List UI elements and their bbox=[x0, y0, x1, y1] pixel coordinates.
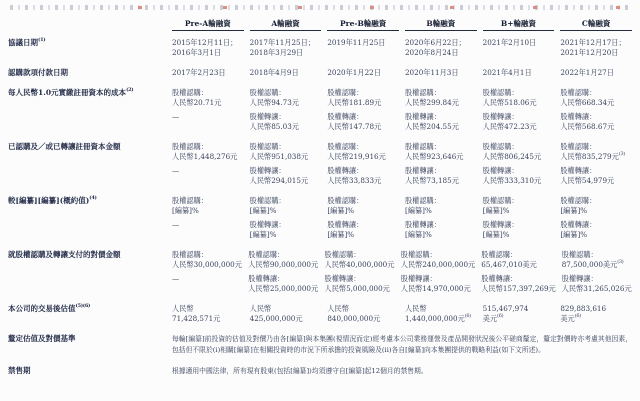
cell-line: 股權轉讓： bbox=[248, 274, 318, 284]
cell-line: 股權認購： bbox=[248, 250, 318, 260]
cell-line: 股權認購： bbox=[483, 196, 555, 206]
table-cell-b: 股權認購：人民幣299.84元股權轉讓：人民幣204.55元 bbox=[405, 88, 477, 132]
cell-line: 人民幣568.67元 bbox=[560, 122, 632, 132]
table-cell-b-plus: 2021年4月1日 bbox=[483, 68, 555, 78]
table-cell-pre-a: 人民幣71,428,571元 bbox=[172, 304, 244, 324]
table-row-payment-date: 認購款項付款日期2017年2月23日2018年4月9日2020年1月22日202… bbox=[8, 68, 632, 78]
table-cell-pre-b: 2019年11月25日 bbox=[327, 38, 399, 48]
cell-line: 股權轉讓： bbox=[327, 166, 399, 176]
cell-line: 2021年2月10日 bbox=[483, 38, 555, 48]
cell-line: 人民幣472.23元 bbox=[483, 122, 555, 132]
cell-line: 2018年4月9日 bbox=[250, 68, 322, 78]
cell-line: 股權轉讓： bbox=[327, 112, 399, 122]
table-cell-pre-b: 人民幣840,000,000元 bbox=[327, 304, 399, 324]
row-label-post-money-valuation: 本公司的交易後估值(5)(6) bbox=[8, 304, 166, 314]
cell-line: 股權轉讓： bbox=[250, 220, 322, 230]
table-cell-a: 股權認購：人民幣94.73元股權轉讓：人民幣85.03元 bbox=[250, 88, 322, 132]
row-paragraph-lockup-period: 根據適用中國法律，所有現有股東(包括[編纂])均須遵守自[編纂]起12個月的禁售… bbox=[172, 366, 632, 377]
table-cell-c: 股權認購：人民幣835,279元(3)股權轉讓：人民幣54,979元 bbox=[560, 142, 632, 186]
table-cell-b: 2020年6月22日；2020年8月24日 bbox=[405, 38, 477, 58]
cell-line: 2022年1月27日 bbox=[560, 68, 632, 78]
table-cell-b: 人民幣1,440,000,000元(6) bbox=[405, 304, 477, 324]
cropped-text-strip bbox=[10, 5, 628, 10]
cell-line: 人民幣806,245元 bbox=[483, 152, 555, 162]
row-paragraph-valuation-basis: 每輪[編纂]前投資的估值及對價乃由各[編纂]與本集團(視情況而定)經考慮本公司業… bbox=[172, 334, 632, 356]
cell-line: 840,000,000元 bbox=[327, 314, 399, 324]
column-header-pre-b: Pre-B輪融資 bbox=[327, 19, 399, 31]
cell-line: 2020年6月22日； bbox=[405, 38, 477, 48]
cell-line: 股權轉讓： bbox=[481, 274, 555, 284]
row-label-payment-date: 認購款項付款日期 bbox=[8, 68, 166, 78]
table-cell-a: 股權認購：[編纂]%股權轉讓：[編纂]% bbox=[250, 196, 322, 240]
table-cell-pre-a: 股權認購：[編纂]%— bbox=[172, 196, 244, 230]
cell-line: 股權認購： bbox=[250, 142, 322, 152]
cell-line: 人民幣951,038元 bbox=[250, 152, 322, 162]
table-cell-a: 2017年11月25日；2018年3月29日 bbox=[250, 38, 322, 58]
table-row-post-money-valuation: 本公司的交易後估值(5)(6)人民幣71,428,571元人民幣425,000,… bbox=[8, 304, 632, 324]
cell-line: [編纂]% bbox=[560, 206, 632, 216]
cell-line: 人民幣147.78元 bbox=[327, 122, 399, 132]
cell-line: — bbox=[172, 166, 244, 176]
cell-line: 425,000,000元 bbox=[250, 314, 322, 324]
cell-line: 股權認購： bbox=[327, 88, 399, 98]
cell-line: 人民幣240,000,000元 bbox=[401, 260, 475, 270]
table-cell-b: 股權認購：人民幣240,000,000元股權轉讓：人民幣14,970,000元 bbox=[401, 250, 475, 294]
cell-line: 股權認購： bbox=[560, 88, 632, 98]
cell-line: 股權轉讓： bbox=[325, 274, 395, 284]
table-cell-pre-b: 股權認購：人民幣181.89元股權轉讓：人民幣147.78元 bbox=[327, 88, 399, 132]
cell-line: 829,883,616 bbox=[560, 304, 632, 314]
cell-line: 股權轉讓： bbox=[483, 166, 555, 176]
table-cell-b-plus: 股權認購：[編纂]%股權轉讓：[編纂]% bbox=[483, 196, 555, 240]
cell-line: 股權轉讓： bbox=[405, 112, 477, 122]
cell-line: 人民幣668.34元 bbox=[560, 98, 632, 108]
cell-line: 股權認購： bbox=[483, 88, 555, 98]
cell-line: [編纂]% bbox=[560, 230, 632, 240]
cell-line: [編纂]% bbox=[405, 230, 477, 240]
cell-line: 人民幣299.84元 bbox=[405, 98, 477, 108]
cell-line: 股權認購： bbox=[172, 142, 244, 152]
cell-line: [編纂]% bbox=[172, 206, 244, 216]
row-label-redacted-discount: 較[編纂][編纂](概約值)(4) bbox=[8, 196, 166, 206]
cell-line: 股權認購： bbox=[405, 196, 477, 206]
table-row-redacted-discount: 較[編纂][編纂](概約值)(4)股權認購：[編纂]%—股權認購：[編纂]%股權… bbox=[8, 196, 632, 240]
row-label-valuation-basis: 釐定估值及對價基準 bbox=[8, 334, 166, 344]
cell-line: 人民幣20.71元 bbox=[172, 98, 244, 108]
cell-line: 人民幣33,833元 bbox=[327, 176, 399, 186]
cell-line: — bbox=[172, 112, 244, 122]
cell-line: 股權轉讓： bbox=[560, 112, 632, 122]
cell-line: [編纂]% bbox=[405, 206, 477, 216]
row-label-consideration: 就股權認購及轉讓支付的對價金額 bbox=[8, 250, 166, 260]
cell-line: 股權認購： bbox=[327, 196, 399, 206]
cell-line: 股權認購： bbox=[483, 142, 555, 152]
cell-line: 股權轉讓： bbox=[483, 112, 555, 122]
table-cell-pre-a: 2015年12月11日；2016年3月1日 bbox=[172, 38, 244, 58]
table-cell-pre-a: 股權認購：人民幣1,448,276元— bbox=[172, 142, 244, 176]
row-label-cost-per-capital: 每人民幣1.0元實繳註冊資本的成本(2) bbox=[8, 88, 166, 98]
cell-line: 股權轉讓： bbox=[327, 220, 399, 230]
cell-line: 65,467,010美元 bbox=[481, 260, 555, 270]
prospectus-page: Pre-A輪融資A輪融資Pre-B輪融資B輪融資B+輪融資C輪融資協議日期(1)… bbox=[0, 0, 640, 377]
table-cell-c: 股權認購：[編纂]%股權轉讓：[編纂]% bbox=[560, 196, 632, 240]
cell-line: 股權認購： bbox=[560, 196, 632, 206]
cell-line: — bbox=[172, 220, 244, 230]
table-row-cost-per-capital: 每人民幣1.0元實繳註冊資本的成本(2)股權認購：人民幣20.71元—股權認購：… bbox=[8, 88, 632, 132]
cell-line: 股權轉讓： bbox=[401, 274, 475, 284]
cell-line: [編纂]% bbox=[483, 230, 555, 240]
table-row-subscribed-capital: 已認購及／或已轉讓註冊資本金額股權認購：人民幣1,448,276元—股權認購：人… bbox=[8, 142, 632, 186]
table-cell-pre-b: 2020年1月22日 bbox=[327, 68, 399, 78]
table-cell-pre-b: 股權認購：[編纂]%股權轉讓：[編纂]% bbox=[327, 196, 399, 240]
cell-line: 2017年2月23日 bbox=[172, 68, 244, 78]
cell-line: 人民幣181.89元 bbox=[327, 98, 399, 108]
table-cell-pre-a: 2017年2月23日 bbox=[172, 68, 244, 78]
column-header-c: C輪融資 bbox=[560, 19, 632, 31]
cell-line: 股權認購： bbox=[250, 196, 322, 206]
table-row-agreement-date: 協議日期(1)2015年12月11日；2016年3月1日2017年11月25日；… bbox=[8, 38, 632, 58]
cell-line: 人民幣157,397,269元 bbox=[481, 284, 555, 294]
cell-line: 股權認購： bbox=[405, 142, 477, 152]
table-row-valuation-basis: 釐定估值及對價基準每輪[編纂]前投資的估值及對價乃由各[編纂]與本集團(視情況而… bbox=[8, 334, 632, 356]
cell-line: 股權認購： bbox=[172, 250, 242, 260]
cell-line: 人民幣85.03元 bbox=[250, 122, 322, 132]
cell-line: 2015年12月11日； bbox=[172, 38, 244, 48]
table-cell-pre-a: 股權認購：人民幣30,000,000元— bbox=[172, 250, 242, 284]
cell-line: 美元(6) bbox=[483, 314, 555, 324]
row-label-agreement-date: 協議日期(1) bbox=[8, 38, 166, 48]
table-row-consideration: 就股權認購及轉讓支付的對價金額股權認購：人民幣30,000,000元—股權認購：… bbox=[8, 250, 632, 294]
funding-table: Pre-A輪融資A輪融資Pre-B輪融資B輪融資B+輪融資C輪融資協議日期(1)… bbox=[8, 19, 632, 377]
table-cell-a: 人民幣425,000,000元 bbox=[250, 304, 322, 324]
table-cell-b: 股權認購：人民幣923,646元股權轉讓：人民幣73,185元 bbox=[405, 142, 477, 186]
cell-line: 2017年11月25日； bbox=[250, 38, 322, 48]
table-row-lockup-period: 禁售期根據適用中國法律，所有現有股東(包括[編纂])均須遵守自[編纂]起12個月… bbox=[8, 366, 632, 377]
cell-line: 人民幣25,000,000元 bbox=[248, 284, 318, 294]
cell-line: 2021年4月1日 bbox=[483, 68, 555, 78]
cell-line: 股權轉讓： bbox=[483, 220, 555, 230]
cell-line: 人民幣90,000,000元 bbox=[248, 260, 318, 270]
cell-line: 人民幣 bbox=[172, 304, 244, 314]
cell-line: 股權認購： bbox=[172, 196, 244, 206]
table-cell-b-plus: 515,467,974美元(6) bbox=[483, 304, 555, 324]
row-label-lockup-period: 禁售期 bbox=[8, 366, 166, 376]
table-cell-c: 829,883,616美元(6) bbox=[560, 304, 632, 324]
cell-line: [編纂]% bbox=[250, 206, 322, 216]
cell-line: 人民幣31,265,026元 bbox=[562, 284, 632, 294]
cell-line: 股權轉讓： bbox=[560, 166, 632, 176]
cell-line: 人民幣294,015元 bbox=[250, 176, 322, 186]
cell-line: 人民幣73,185元 bbox=[405, 176, 477, 186]
cell-line: 股權認購： bbox=[405, 88, 477, 98]
cell-line: 人民幣30,000,000元 bbox=[172, 260, 242, 270]
cell-line: 515,467,974 bbox=[483, 304, 555, 314]
cell-line: 人民幣94.73元 bbox=[250, 98, 322, 108]
column-header-b: B輪融資 bbox=[405, 19, 477, 31]
cell-line: [編纂]% bbox=[327, 230, 399, 240]
cell-line: [編纂]% bbox=[483, 206, 555, 216]
cell-line: 人民幣835,279元(3) bbox=[560, 152, 632, 162]
cell-line: 人民幣204.55元 bbox=[405, 122, 477, 132]
cell-line: 71,428,571元 bbox=[172, 314, 244, 324]
cell-line: 人民幣5,000,000元 bbox=[325, 284, 395, 294]
table-cell-a: 股權認購：人民幣90,000,000元股權轉讓：人民幣25,000,000元 bbox=[248, 250, 318, 294]
cell-line: 人民幣518.06元 bbox=[483, 98, 555, 108]
column-header-pre-a: Pre-A輪融資 bbox=[172, 19, 244, 31]
table-cell-b: 2020年11月3日 bbox=[405, 68, 477, 78]
cell-line: 股權認購： bbox=[250, 88, 322, 98]
table-cell-a: 股權認購：人民幣951,038元股權轉讓：人民幣294,015元 bbox=[250, 142, 322, 186]
cell-line: — bbox=[172, 274, 242, 284]
cell-line: 股權轉讓： bbox=[405, 166, 477, 176]
column-header-b-plus: B+輪融資 bbox=[483, 19, 555, 31]
table-cell-c: 2021年12月17日；2021年12月20日 bbox=[560, 38, 632, 58]
table-cell-c: 股權認購：人民幣668.34元股權轉讓：人民幣568.67元 bbox=[560, 88, 632, 132]
cell-line: 股權認購： bbox=[481, 250, 555, 260]
cell-line: 股權轉讓： bbox=[250, 112, 322, 122]
cell-line: 人民幣219,916元 bbox=[327, 152, 399, 162]
cell-line: 2021年12月17日； bbox=[560, 38, 632, 48]
cell-line: 人民幣923,646元 bbox=[405, 152, 477, 162]
cell-line: 股權轉讓： bbox=[562, 274, 632, 284]
row-label-subscribed-capital: 已認購及／或已轉讓註冊資本金額 bbox=[8, 142, 166, 152]
table-cell-b-plus: 股權認購：人民幣518.06元股權轉讓：人民幣472.23元 bbox=[483, 88, 555, 132]
cell-line: 1,440,000,000元(6) bbox=[405, 314, 477, 324]
cell-line: 2020年11月3日 bbox=[405, 68, 477, 78]
cell-line: 人民幣1,448,276元 bbox=[172, 152, 244, 162]
cell-line: 股權認購： bbox=[401, 250, 475, 260]
table-cell-pre-a: 股權認購：人民幣20.71元— bbox=[172, 88, 244, 122]
cell-line: 人民幣 bbox=[327, 304, 399, 314]
cell-line: 人民幣333,310元 bbox=[483, 176, 555, 186]
cell-line: 人民幣54,979元 bbox=[560, 176, 632, 186]
cell-line: 2016年3月1日 bbox=[172, 48, 244, 58]
cell-line: 股權轉讓： bbox=[405, 220, 477, 230]
table-cell-b-plus: 股權認購：人民幣806,245元股權轉讓：人民幣333,310元 bbox=[483, 142, 555, 186]
cell-line: 人民幣 bbox=[250, 304, 322, 314]
column-header-a: A輪融資 bbox=[250, 19, 322, 31]
cell-line: 股權轉讓： bbox=[250, 166, 322, 176]
table-cell-pre-b: 股權認購：人民幣219,916元股權轉讓：人民幣33,833元 bbox=[327, 142, 399, 186]
cell-line: 股權轉讓： bbox=[560, 220, 632, 230]
table-cell-b-plus: 股權認購：65,467,010美元股權轉讓：人民幣157,397,269元 bbox=[481, 250, 555, 294]
cell-line: 股權認購： bbox=[172, 88, 244, 98]
cell-line: 人民幣40,000,000元 bbox=[325, 260, 395, 270]
cell-line: 2019年11月25日 bbox=[327, 38, 399, 48]
cell-line: 87,500,000美元(3) bbox=[562, 260, 632, 270]
cell-line: 2020年8月24日 bbox=[405, 48, 477, 58]
cell-line: 2018年3月29日 bbox=[250, 48, 322, 58]
cell-line: 2021年12月20日 bbox=[560, 48, 632, 58]
table-cell-pre-b: 股權認購：人民幣40,000,000元股權轉讓：人民幣5,000,000元 bbox=[325, 250, 395, 294]
cell-line: [編纂]% bbox=[327, 206, 399, 216]
table-cell-c: 股權認購：87,500,000美元(3)股權轉讓：人民幣31,265,026元 bbox=[562, 250, 632, 294]
cell-line: 股權認購： bbox=[325, 250, 395, 260]
table-cell-a: 2018年4月9日 bbox=[250, 68, 322, 78]
cell-line: 人民幣14,970,000元 bbox=[401, 284, 475, 294]
table-header-row: Pre-A輪融資A輪融資Pre-B輪融資B輪融資B+輪融資C輪融資 bbox=[8, 19, 632, 31]
cell-line: 股權認購： bbox=[327, 142, 399, 152]
cell-line: 2020年1月22日 bbox=[327, 68, 399, 78]
table-cell-b: 股權認購：[編纂]%股權轉讓：[編纂]% bbox=[405, 196, 477, 240]
cell-line: 美元(6) bbox=[560, 314, 632, 324]
table-cell-b-plus: 2021年2月10日 bbox=[483, 38, 555, 48]
table-cell-c: 2022年1月27日 bbox=[560, 68, 632, 78]
cell-line: [編纂]% bbox=[250, 230, 322, 240]
